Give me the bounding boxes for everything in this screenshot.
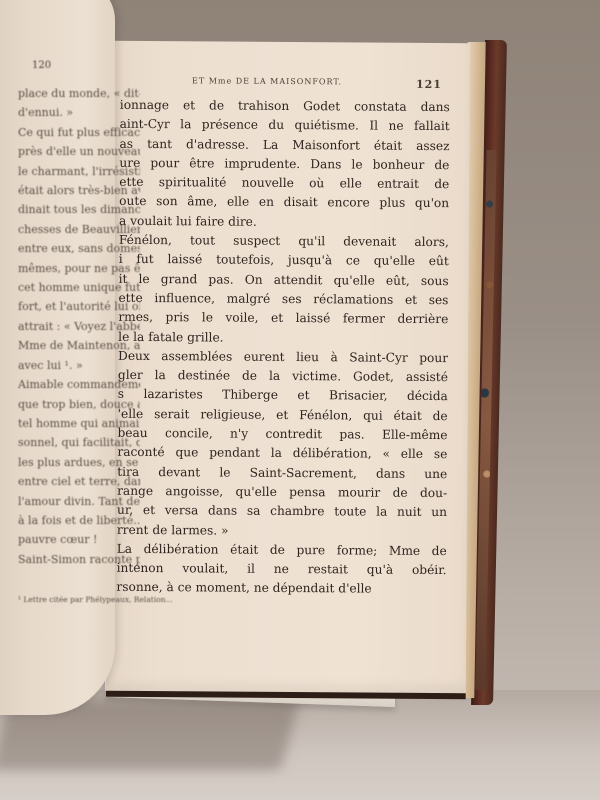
text-line: dinait tous les dimanches <box>18 200 140 219</box>
text-line: place du monde, « dit-il, <box>18 84 140 103</box>
text-line: tira devant le Saint-Sacrement, dans une <box>117 462 447 484</box>
text-line: près d'elle un nouveau di <box>18 142 140 161</box>
footnote: ¹ Lettre citée par Phélypeaux, Relation.… <box>18 595 173 604</box>
text-line: cet homme unique fut p <box>18 278 140 297</box>
text-line: était alors très-bien av <box>18 181 140 200</box>
text-line: le charmant, l'irrésistib <box>18 162 140 181</box>
text-line: tel homme qui animait tout <box>18 414 140 433</box>
text-line: Saint-Simon raconte par qu <box>18 550 140 569</box>
text-line: chesses de Beauvilliers et <box>18 220 140 239</box>
text-line: Mme de Maintenon, assur <box>18 336 140 355</box>
text-line: Fénélon, tout suspect qu'il devenait alo… <box>119 231 449 253</box>
left-page-number: 120 <box>32 60 51 71</box>
text-line: ure pour être imprudente. Dans le bonheu… <box>119 154 449 176</box>
text-line: oute son âme, elle en disait encore plus… <box>119 192 449 214</box>
text-line: i fut laissé toutefois, jusqu'à ce qu'el… <box>119 250 449 272</box>
text-line: rrent de larmes. » <box>117 520 447 542</box>
text-line: avec lui ¹. » <box>18 356 140 375</box>
text-line: fort, et l'autorité lui obt <box>18 297 140 316</box>
text-line: range angoisse, qu'elle pensa mourir de … <box>117 482 447 504</box>
text-line: mêmes, pour ne pas être g <box>18 259 140 278</box>
text-line: gler la destinée de la victime. Godet, a… <box>118 366 448 388</box>
running-head-title: ET Mme DE LA MAISONFORT. <box>192 76 342 90</box>
text-line: Ce qui fut plus efficace <box>18 123 140 142</box>
text-line: Deux assemblées eurent lieu à Saint-Cyr … <box>118 347 448 369</box>
text-line: intenon voulait, il ne restait qu'à obéi… <box>117 559 447 581</box>
text-line: it le grand pas. On attendit qu'elle eût… <box>119 269 449 291</box>
text-line: à la fois et de liberté... c <box>18 511 140 530</box>
text-line: raconté que pendant la délibération, « e… <box>117 443 447 465</box>
right-page-body: ionnage et de trahison Godet constata da… <box>116 96 449 600</box>
text-line: sonnel, qui facilitait, qu <box>18 433 140 452</box>
text-line: rmes, pris le voile, et laissé fermer de… <box>118 308 448 330</box>
text-line: ionnage et de trahison Godet constata da… <box>120 96 450 118</box>
text-line: ur, et versa dans sa chambre toute la nu… <box>117 501 447 523</box>
text-line: ette spiritualité nouvelle où elle entra… <box>119 173 449 195</box>
text-line: ette influence, malgré ses réclamations … <box>118 289 448 311</box>
text-line: aint-Cyr la présence du quiétisme. Il ne… <box>120 115 450 137</box>
page-number: 121 <box>416 78 442 91</box>
text-line: attrait : « Voyez l'abbé de F <box>18 317 140 336</box>
text-line: le la fatale grille. <box>118 327 448 349</box>
text-line: entre eux, sans domestiq <box>18 239 140 258</box>
text-line: entre ciel et terre, dans le <box>18 472 140 491</box>
text-line: beau concile, n'y contredit pas. Elle-mê… <box>117 424 447 446</box>
text-line: que trop bien, douce autor <box>18 395 140 414</box>
text-line: s lazaristes Thiberge et Brisacier, déci… <box>118 385 448 407</box>
text-line: les plus ardues, en se mett <box>18 453 140 472</box>
text-line: as tant d'adresse. La Maisonfort était a… <box>119 134 449 156</box>
text-line: d'ennui. » <box>18 103 140 122</box>
text-line: a voulait lui faire dire. <box>119 212 449 234</box>
text-line: pauvre cœur ! <box>18 530 140 549</box>
running-head: ET Mme DE LA MAISONFORT. 121 <box>172 76 442 91</box>
left-page-body: place du monde, « dit-il,d'ennui. » Ce q… <box>18 84 140 569</box>
text-line: Aimable commandeme <box>18 375 140 394</box>
left-page: 120 place du monde, « dit-il,d'ennui. » … <box>0 0 115 715</box>
text-line: La délibération était de pure forme; Mme… <box>117 540 447 562</box>
text-line: 'elle serait religieuse, et Fénélon, qui… <box>118 405 448 427</box>
text-line: l'amour divin. Tant de séduc <box>18 492 140 511</box>
